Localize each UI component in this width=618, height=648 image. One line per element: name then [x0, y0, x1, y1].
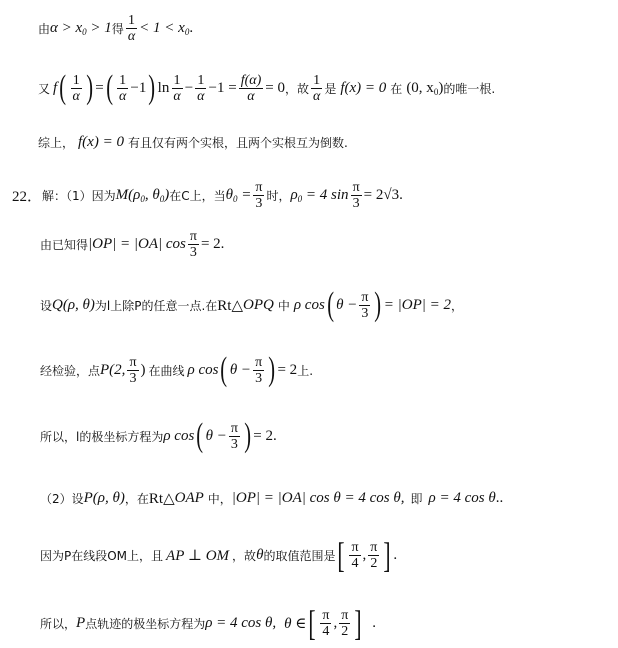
text: 综上，: [38, 134, 74, 151]
math: < 1 < x0: [139, 20, 189, 37]
bracket-left: [: [338, 537, 345, 573]
fraction: π3: [188, 229, 199, 260]
line-alpha-inequality: 由 α > x0 > 1 得 1α < 1 < x0 .: [38, 10, 193, 46]
math: ρ cos: [163, 428, 194, 445]
fraction: π3: [253, 180, 264, 211]
fraction: 1α: [171, 73, 182, 104]
math: ..: [496, 490, 504, 507]
math: f(x) = 0: [340, 80, 386, 97]
math: θ −: [336, 297, 357, 314]
text: 由已知得: [40, 236, 88, 253]
paren-left: (: [221, 353, 228, 387]
text: 是: [324, 80, 336, 97]
math: |OP| = |OA| cos θ = 4 cos θ,: [232, 490, 405, 507]
math: M: [116, 187, 129, 204]
fraction: π4: [320, 608, 331, 639]
paren-right: ): [86, 71, 93, 105]
fraction: π4: [349, 540, 360, 571]
math: P(ρ, θ): [84, 490, 125, 507]
text: 因为P在线段OM上，且: [40, 547, 163, 564]
math: θ −: [206, 428, 227, 445]
math: (0, x0): [406, 80, 443, 97]
period: .: [393, 547, 397, 564]
paren-right: ): [244, 419, 251, 453]
math: θ: [256, 547, 263, 564]
text: 又: [38, 80, 50, 97]
line-polar-equation-l: 所以，l的极坐标方程为 ρ cos ( θ − π3 ) = 2.: [40, 414, 277, 458]
fraction: 1α: [126, 13, 137, 44]
bracket-right: ]: [355, 605, 362, 641]
text: 的唯一根.: [443, 80, 495, 97]
text: 由: [38, 20, 50, 37]
math: = 2√3: [364, 187, 399, 204]
text: 即: [411, 490, 423, 507]
math: θ ∈: [284, 614, 306, 633]
line-trajectory-equation: 所以， P 点轨迹的极坐标方程为 ρ = 4 cos θ, θ ∈ [ π4 ,…: [40, 601, 376, 645]
paren-right: ): [268, 353, 275, 387]
line-point-q: 设 Q(ρ, θ) 为l上除P的任意一点.在 Rt△ OPQ 中 ρ cos (…: [40, 283, 463, 327]
math: OPQ: [243, 297, 274, 314]
text: ，故: [285, 80, 309, 97]
text: ，在: [125, 490, 149, 507]
text: 时，: [266, 187, 290, 204]
fraction: π3: [229, 421, 240, 452]
fraction: 1α: [117, 73, 128, 104]
fraction: π2: [368, 540, 379, 571]
math: = |OP| = 2: [384, 297, 451, 314]
text: 在C上，当: [169, 187, 225, 204]
math: P(2,: [100, 362, 125, 379]
math: ρ = 4 cos θ: [429, 490, 496, 507]
math: ln: [158, 80, 170, 97]
text: 中，: [208, 490, 232, 507]
period: .: [399, 187, 403, 204]
text: 所以，l的极坐标方程为: [40, 428, 163, 445]
line-f-one-over-alpha: 又 f ( 1α ) = ( 1α −1 ) ln 1α − 1α −1 = f…: [38, 66, 495, 110]
text: （2）设: [40, 490, 84, 507]
text: 所以，: [40, 615, 76, 632]
math: ρ0 = 4 sin: [290, 187, 348, 204]
period: .: [372, 615, 376, 632]
math: −1 =: [209, 80, 237, 97]
math: θ −: [230, 362, 251, 379]
paren-right: ): [149, 71, 156, 105]
math: Rt△: [217, 296, 243, 315]
text: 在: [390, 80, 402, 97]
math: = 2.: [201, 236, 224, 253]
line-verification: 经检验，点 P(2, π3 ) 在曲线 ρ cos ( θ − π3 ) = 2…: [40, 348, 313, 392]
math: f: [53, 80, 57, 97]
paren-left: (: [327, 288, 334, 322]
line-theta-range: 因为P在线段OM上，且 AP ⊥ OM ，故 θ 的取值范围是 [ π4 , π…: [40, 533, 397, 577]
bracket-right: ]: [384, 537, 391, 573]
math: = 2: [277, 362, 297, 379]
fraction: 1α: [71, 73, 82, 104]
math: ρ = 4 cos θ,: [205, 615, 276, 632]
line-part-2: （2）设 P(ρ, θ) ，在 Rt△ OAP 中， |OP| = |OA| c…: [40, 487, 503, 509]
text: 在曲线: [149, 362, 185, 379]
text: 上.: [297, 362, 313, 379]
bracket-left: [: [309, 605, 316, 641]
math: |OP| = |OA| cos: [88, 236, 186, 253]
fraction: 1α: [311, 73, 322, 104]
line-summary: 综上， f(x) = 0 有且仅有两个实根，且两个实根互为倒数.: [38, 132, 348, 152]
text: 点轨迹的极坐标方程为: [85, 615, 205, 632]
line-op-length: 由已知得 |OP| = |OA| cos π3 = 2.: [40, 224, 224, 264]
text: 的取值范围是: [263, 547, 335, 564]
fraction: π2: [339, 608, 350, 639]
math: AP ⊥ OM: [166, 546, 229, 565]
line-problem-22: 22． 解：（1）因为 M (ρ0, θ0) 在C上，当 θ0 = π3 时， …: [12, 175, 403, 215]
fraction: 1α: [195, 73, 206, 104]
fraction: π3: [253, 355, 264, 386]
math: ): [141, 362, 146, 379]
text: 为l上除P的任意一点.在: [95, 297, 217, 314]
math: P: [76, 615, 85, 632]
problem-number: 22．: [12, 185, 42, 206]
fraction: π3: [359, 290, 370, 321]
text: 设: [40, 297, 52, 314]
fraction: π3: [127, 355, 138, 386]
text: 得: [112, 20, 124, 37]
math: (ρ0, θ0): [128, 187, 169, 204]
period: .: [189, 20, 193, 37]
math: ρ cos: [188, 362, 219, 379]
text: ，故: [232, 547, 256, 564]
math: Rt△: [149, 489, 175, 508]
paren-left: (: [106, 71, 113, 105]
paren-right: ): [375, 288, 382, 322]
text: 中: [278, 297, 290, 314]
text: 解：（1）因为: [42, 187, 116, 204]
math: Q(ρ, θ): [52, 297, 95, 314]
math: = 2.: [253, 428, 276, 445]
paren-left: (: [59, 71, 66, 105]
fraction: π3: [351, 180, 362, 211]
math: θ0 =: [226, 187, 252, 204]
math: = 0: [265, 80, 285, 97]
text: 有且仅有两个实根，且两个实根互为倒数.: [128, 134, 348, 151]
paren-left: (: [197, 419, 204, 453]
fraction: f(α)α: [239, 73, 264, 104]
math: −1: [130, 80, 146, 97]
math: −: [185, 80, 193, 97]
math: OAP: [175, 490, 204, 507]
math: α > x0 > 1: [50, 20, 112, 37]
text: 经检验，点: [40, 362, 100, 379]
text: ，: [451, 297, 463, 314]
math: ρ cos: [294, 297, 325, 314]
math: f(x) = 0: [78, 134, 124, 151]
